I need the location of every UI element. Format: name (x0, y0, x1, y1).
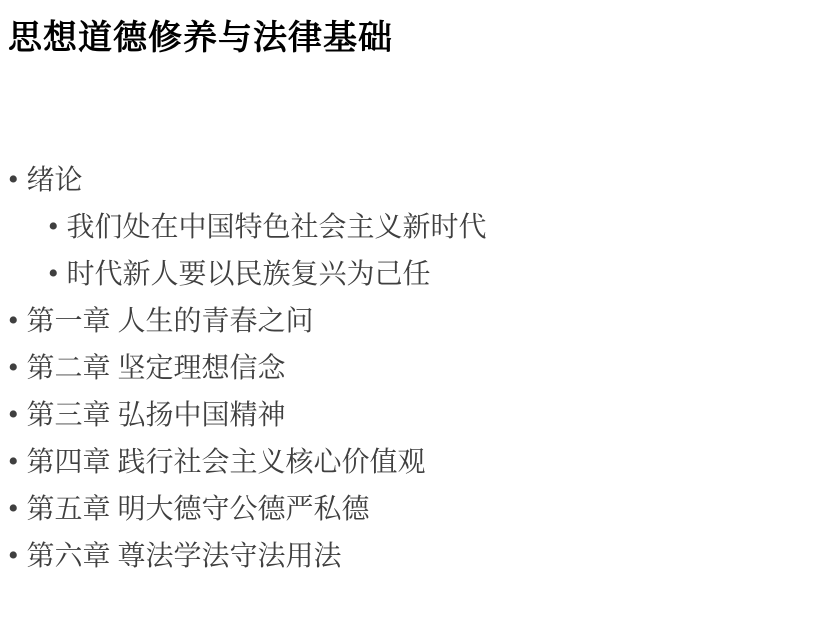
list-item: • 第六章 尊法学法守法用法 (0, 533, 487, 580)
bullet-icon: • (8, 494, 19, 524)
list-item-text: 我们处在中国特色社会主义新时代 (67, 211, 487, 245)
list-item: • 时代新人要以民族复兴为己任 (0, 251, 487, 298)
list-item-text: 绪论 (27, 164, 83, 198)
list-item-text: 第四章 践行社会主义核心价值观 (27, 446, 426, 480)
bullet-icon: • (8, 306, 19, 336)
list-item: • 第二章 坚定理想信念 (0, 345, 487, 392)
list-item-text: 第一章 人生的青春之问 (27, 305, 314, 339)
list-item-text: 第三章 弘扬中国精神 (27, 399, 286, 433)
list-item: • 绪论 (0, 157, 487, 204)
bullet-icon: • (8, 353, 19, 383)
bullet-icon: • (48, 212, 59, 242)
list-item-text: 第五章 明大德守公德严私德 (27, 493, 370, 527)
list-item: • 第三章 弘扬中国精神 (0, 392, 487, 439)
list-item: • 我们处在中国特色社会主义新时代 (0, 204, 487, 251)
bullet-icon: • (8, 400, 19, 430)
list-item: • 第一章 人生的青春之问 (0, 298, 487, 345)
bullet-icon: • (8, 447, 19, 477)
list-item: • 第五章 明大德守公德严私德 (0, 486, 487, 533)
page-title: 思想道德修养与法律基础 (8, 18, 393, 59)
bullet-icon: • (8, 541, 19, 571)
list-item-text: 第六章 尊法学法守法用法 (27, 540, 342, 574)
bullet-icon: • (8, 165, 19, 195)
document-page: 思想道德修养与法律基础 • 绪论 • 我们处在中国特色社会主义新时代 • 时代新… (0, 0, 834, 619)
list-item-text: 时代新人要以民族复兴为己任 (67, 258, 431, 292)
bullet-icon: • (48, 259, 59, 289)
list-item: • 第四章 践行社会主义核心价值观 (0, 439, 487, 486)
outline-list: • 绪论 • 我们处在中国特色社会主义新时代 • 时代新人要以民族复兴为己任 •… (0, 157, 487, 580)
list-item-text: 第二章 坚定理想信念 (27, 352, 286, 386)
